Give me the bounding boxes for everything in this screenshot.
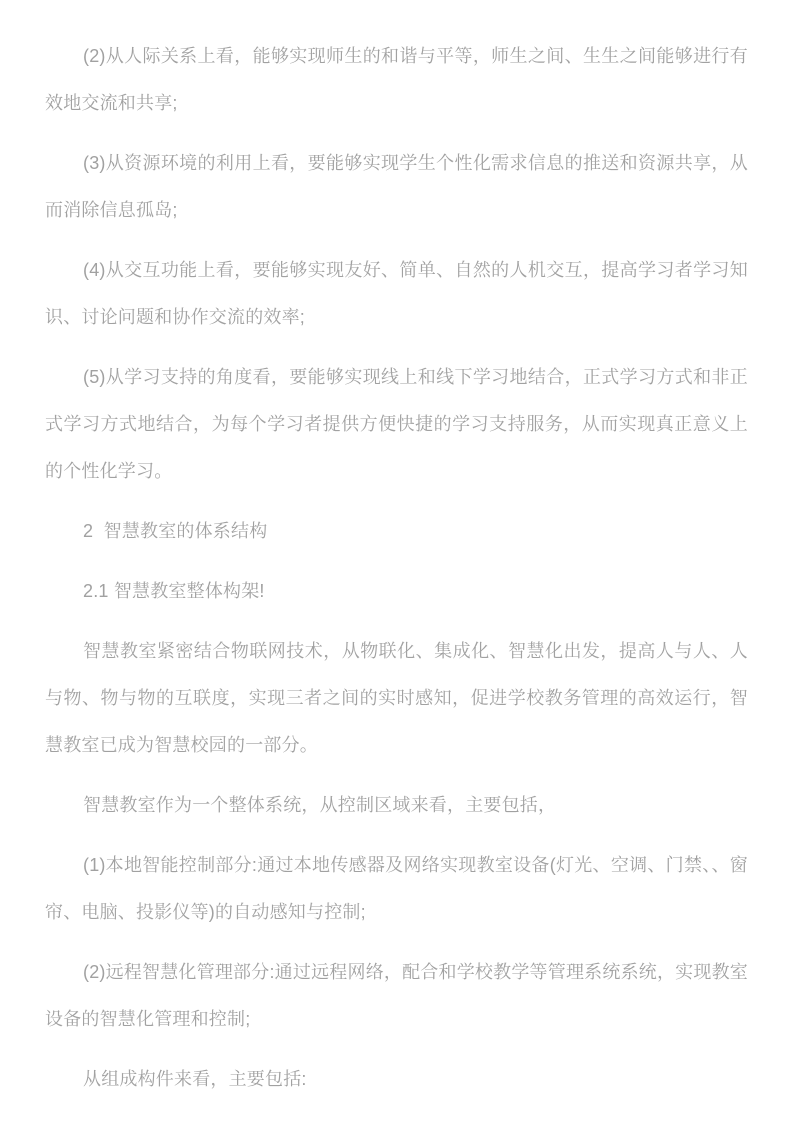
paragraph-point-5: (5)从学习支持的角度看，要能够实现线上和线下学习地结合，正式学习方式和非正式学… bbox=[45, 354, 748, 495]
paragraph-point-4: (4)从交互功能上看，要能够实现友好、简单、自然的人机交互，提高学习者学习知识、… bbox=[45, 247, 748, 341]
paragraph-iot-overview: 智慧教室紧密结合物联网技术，从物联化、集成化、智慧化出发，提高人与人、人与物、物… bbox=[45, 628, 748, 769]
section-heading-2: 2 智慧教室的体系结构 bbox=[45, 508, 748, 555]
paragraph-remote-mgmt: (2)远程智慧化管理部分:通过远程网络，配合和学校教学等管理系统系统，实现教室设… bbox=[45, 949, 748, 1043]
section-heading-2-1: 2.1 智慧教室整体构架! bbox=[45, 568, 748, 615]
paragraph-point-2: (2)从人际关系上看，能够实现师生的和谐与平等，师生之间、生生之间能够进行有效地… bbox=[45, 33, 748, 127]
paragraph-components: 从组成构件来看，主要包括: bbox=[45, 1056, 748, 1103]
paragraph-local-control: (1)本地智能控制部分:通过本地传感器及网络实现教室设备(灯光、空调、门禁、、窗… bbox=[45, 842, 748, 936]
paragraph-system-intro: 智慧教室作为一个整体系统，从控制区域来看，主要包括， bbox=[45, 782, 748, 829]
document-page: (2)从人际关系上看，能够实现师生的和谐与平等，师生之间、生生之间能够进行有效地… bbox=[0, 0, 793, 1122]
paragraph-point-3: (3)从资源环境的利用上看，要能够实现学生个性化需求信息的推送和资源共享，从而消… bbox=[45, 140, 748, 234]
